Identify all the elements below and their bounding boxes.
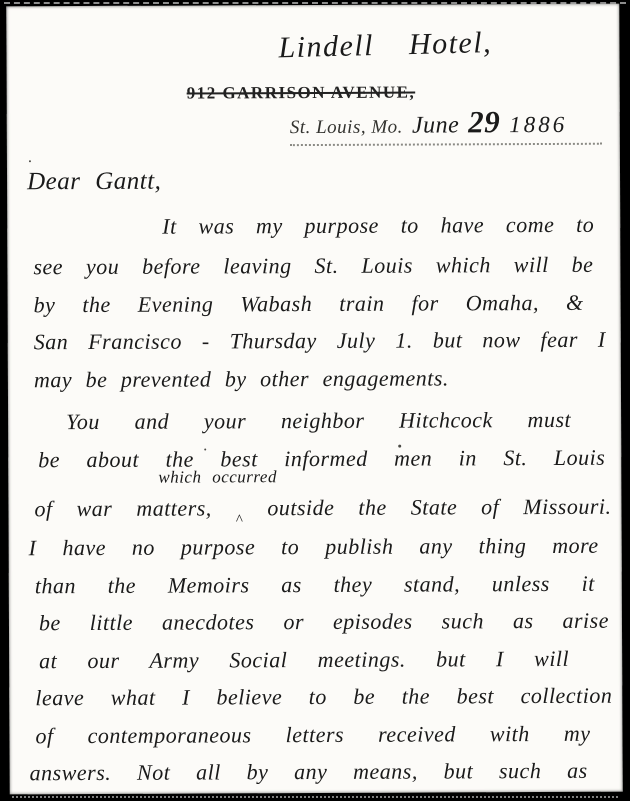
body-line: see you before leaving St. Louis which w… xyxy=(33,251,593,281)
letterhead-city-state: St. Louis, Mo. xyxy=(290,117,403,139)
body-line: of contemporaneous letters received with… xyxy=(35,720,590,750)
body-line: answers. Not all by any means, but such … xyxy=(30,757,588,787)
letterhead-hotel-name: Lindell Hotel, xyxy=(278,26,492,65)
scan-edge-artifact-bottom xyxy=(12,796,618,798)
body-line: San Francisco - Thursday July 1. but now… xyxy=(34,326,606,356)
interlinear-insertion: which occurred xyxy=(158,467,277,488)
letter-page: Lindell Hotel, 912 GARRISON AVENUE, St. … xyxy=(6,4,622,795)
letterhead-dateline: St. Louis, Mo. June 29 1886 xyxy=(290,104,602,146)
body-line-segment-after: outside the State of Missouri. xyxy=(267,494,611,521)
body-line: than the Memoirs as they stand, unless i… xyxy=(35,570,595,600)
body-line: by the Evening Wabash train for Omaha, & xyxy=(34,289,584,319)
body-line: I have no purpose to publish any thing m… xyxy=(29,532,599,562)
scan-speck xyxy=(29,160,31,162)
body-line: be little anecdotes or episodes such as … xyxy=(39,607,609,637)
body-line: leave what I believe to be the best coll… xyxy=(35,682,612,713)
body-line: may be prevented by other engagements. xyxy=(34,364,449,394)
body-line: You and your neighbor Hitchcock must xyxy=(66,406,571,436)
insertion-caret-mark: ^ xyxy=(236,506,244,534)
body-line: It was my purpose to have come to xyxy=(162,211,594,241)
body-line-segment-before: of war matters, xyxy=(34,495,211,521)
body-line-with-caret: of war matters, ^ outside the State of M… xyxy=(34,493,611,527)
date-year: 1886 xyxy=(509,112,567,138)
date-day: 29 xyxy=(468,104,500,140)
scanned-letter: Lindell Hotel, 912 GARRISON AVENUE, St. … xyxy=(0,0,630,801)
body-line: at our Army Social meetings. but I will xyxy=(39,645,569,675)
scan-speck xyxy=(398,445,401,448)
salutation: Dear Gantt, xyxy=(27,168,161,197)
body-line: be about the best informed men in St. Lo… xyxy=(38,444,605,474)
scan-speck xyxy=(204,448,206,450)
date-month: June xyxy=(412,112,459,139)
letterhead-street-address: 912 GARRISON AVENUE, xyxy=(187,83,416,104)
